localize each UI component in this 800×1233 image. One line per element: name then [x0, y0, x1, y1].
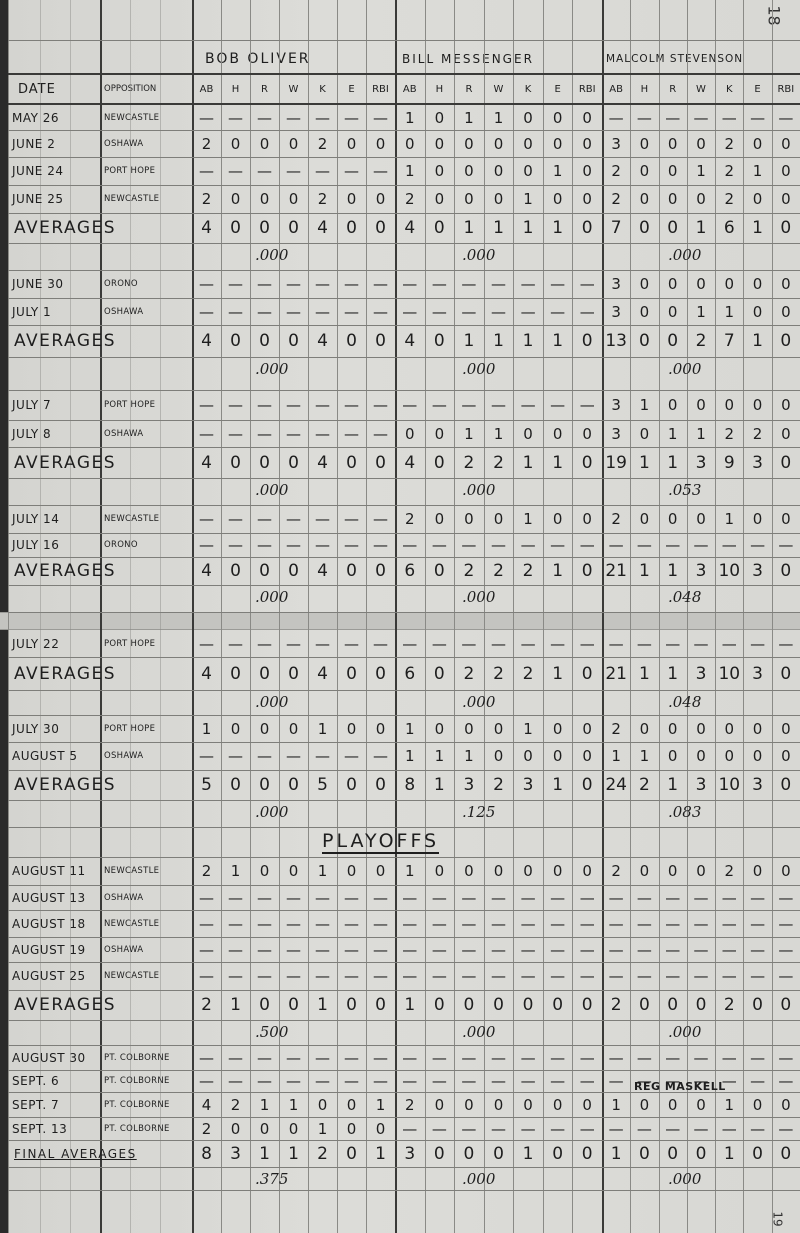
game-date: SEPT. 13 [12, 1117, 67, 1140]
stat-cell-w: 1 [279, 1140, 308, 1167]
stat-cell-ab: — [192, 157, 221, 185]
stat-cell-k: — [308, 630, 337, 657]
stat-cell-ab: 2 [192, 1117, 221, 1140]
stat-cell-w: 0 [484, 742, 514, 770]
stat-cell-rbi: — [366, 630, 395, 657]
stat-cell-w: 0 [687, 715, 715, 742]
stat-cell-k: — [715, 105, 743, 130]
stat-cell-rbi: — [366, 1045, 395, 1070]
stat-cell-h: — [630, 937, 658, 962]
stat-cell-r: — [454, 1117, 484, 1140]
stat-cell-h: 0 [630, 1140, 658, 1167]
stat-cell-e: 0 [337, 715, 366, 742]
stat-cell-w: — [279, 962, 308, 990]
stat-cell-w: — [279, 910, 308, 937]
stat-cell-ab: 2 [602, 505, 630, 533]
stat-cell-ab: — [192, 533, 221, 557]
stat-cell-k: 0 [513, 420, 543, 447]
stat-cell-ab: 4 [192, 213, 221, 243]
stat-cell-h: — [630, 105, 658, 130]
stat-cell-e: 0 [337, 557, 366, 585]
game-opposition: PORT HOPE [104, 715, 155, 742]
batting-average: .000 [462, 693, 495, 711]
stat-cell-k: 3 [513, 770, 543, 800]
stat-cell-w: 0 [687, 390, 715, 420]
stat-cell-e: 0 [543, 130, 573, 157]
stat-cell-k: 10 [715, 657, 743, 690]
stat-cell-ab: 1 [395, 857, 425, 885]
stat-cell-w: 0 [279, 857, 308, 885]
game-date: AUGUST 5 [12, 742, 77, 770]
stat-cell-ab: 2 [395, 1092, 425, 1117]
stat-cell-r: 0 [250, 447, 279, 478]
stat-cell-r: 0 [659, 325, 687, 357]
stat-cell-ab: — [192, 885, 221, 910]
stat-cell-k: 0 [308, 1092, 337, 1117]
stat-cell-h: 0 [425, 325, 455, 357]
stat-cell-r: 0 [659, 185, 687, 213]
stat-cell-rbi: — [772, 910, 800, 937]
stat-cell-h: — [630, 1117, 658, 1140]
stat-cell-rbi: 0 [772, 990, 800, 1020]
stat-cell-rbi: 0 [366, 447, 395, 478]
stat-cell-rbi: — [772, 105, 800, 130]
stat-cell-rbi: 0 [572, 657, 602, 690]
stat-cell-e: — [337, 105, 366, 130]
stat-cell-ab: 0 [395, 130, 425, 157]
stat-cell-w: 1 [687, 213, 715, 243]
game-opposition: PT. COLBORNE [104, 1045, 170, 1070]
stat-cell-e: 0 [543, 1092, 573, 1117]
game-opposition: ORONO [104, 533, 138, 557]
stat-cell-rbi: — [572, 885, 602, 910]
stat-cell-h: — [221, 533, 250, 557]
stat-cell-rbi: — [572, 533, 602, 557]
stat-cell-w: 0 [687, 270, 715, 298]
stat-cell-r: 0 [250, 990, 279, 1020]
batting-average: .125 [462, 803, 495, 821]
game-date: AUGUST 19 [12, 937, 86, 962]
stat-cell-k: — [715, 885, 743, 910]
stat-cell-h: — [425, 630, 455, 657]
grid-horizontal-line [8, 800, 800, 801]
stat-cell-e: 0 [337, 1117, 366, 1140]
stat-cell-e: 0 [337, 213, 366, 243]
stat-cell-e: — [543, 1117, 573, 1140]
stat-cell-r: 0 [659, 213, 687, 243]
stat-cell-r: — [659, 962, 687, 990]
batting-average: .000 [668, 246, 701, 264]
stat-cell-rbi: — [366, 742, 395, 770]
stat-cell-k: — [513, 962, 543, 990]
stat-cell-ab: — [192, 505, 221, 533]
stat-cell-h: 0 [630, 715, 658, 742]
stat-cell-r: 0 [659, 390, 687, 420]
game-opposition: NEWCASTLE [104, 910, 159, 937]
column-header-ab: AB [602, 76, 630, 102]
stat-cell-ab: 4 [395, 325, 425, 357]
stat-cell-k: 1 [513, 505, 543, 533]
stat-cell-w: — [687, 910, 715, 937]
stat-cell-ab: — [602, 910, 630, 937]
stat-cell-h: — [221, 105, 250, 130]
stat-cell-ab: 1 [395, 990, 425, 1020]
stat-cell-h: — [425, 1070, 455, 1092]
batting-average: .000 [255, 693, 288, 711]
stat-cell-e: 0 [337, 1140, 366, 1167]
stat-cell-e: — [743, 630, 771, 657]
column-header-h: H [630, 76, 658, 102]
stat-cell-ab: 2 [192, 857, 221, 885]
stat-cell-h: 0 [425, 213, 455, 243]
stat-cell-e: 0 [743, 1140, 771, 1167]
game-opposition: OSHAWA [104, 130, 143, 157]
stat-cell-e: — [337, 630, 366, 657]
game-date: JULY 30 [12, 715, 59, 742]
stat-cell-ab: 1 [395, 742, 425, 770]
stat-cell-h: 0 [630, 990, 658, 1020]
stat-cell-r: — [250, 505, 279, 533]
stat-cell-w: 0 [484, 505, 514, 533]
stat-cell-h: 0 [425, 420, 455, 447]
game-opposition: PT. COLBORNE [104, 1070, 170, 1092]
stat-cell-r: — [659, 1117, 687, 1140]
stat-cell-w: — [279, 1070, 308, 1092]
stat-cell-ab: — [395, 533, 425, 557]
batting-average: .083 [668, 803, 701, 821]
stat-cell-ab: 7 [602, 213, 630, 243]
batting-average: .000 [668, 1023, 701, 1041]
stat-cell-h: 0 [221, 715, 250, 742]
stat-cell-w: 1 [687, 420, 715, 447]
stat-cell-k: 0 [513, 990, 543, 1020]
stat-cell-h: 0 [630, 325, 658, 357]
stat-cell-r: — [250, 937, 279, 962]
stat-cell-w: 2 [484, 557, 514, 585]
stat-cell-ab: — [192, 390, 221, 420]
stat-cell-k: 9 [715, 447, 743, 478]
stat-cell-h: 0 [630, 185, 658, 213]
stat-cell-k: — [308, 533, 337, 557]
stat-cell-k: 1 [513, 1140, 543, 1167]
stat-cell-ab: 2 [602, 857, 630, 885]
stat-cell-w: — [687, 962, 715, 990]
batting-average: .000 [462, 246, 495, 264]
stat-cell-r: 1 [659, 657, 687, 690]
stat-cell-rbi: 0 [366, 990, 395, 1020]
grid-horizontal-line [8, 690, 800, 691]
stat-cell-w: 0 [484, 185, 514, 213]
stat-cell-w: 3 [687, 657, 715, 690]
stat-cell-r: — [250, 1045, 279, 1070]
stat-cell-rbi: — [366, 157, 395, 185]
stat-cell-r: 0 [250, 130, 279, 157]
stat-cell-r: — [250, 390, 279, 420]
stat-cell-ab: — [192, 937, 221, 962]
stat-cell-w: — [279, 298, 308, 325]
stat-cell-h: — [221, 420, 250, 447]
stat-cell-r: 0 [454, 715, 484, 742]
stat-cell-k: 1 [715, 1092, 743, 1117]
stat-cell-w: — [279, 270, 308, 298]
stat-cell-h: 0 [221, 447, 250, 478]
stat-cell-k: 0 [513, 857, 543, 885]
stat-cell-rbi: 0 [772, 390, 800, 420]
stat-cell-k: 0 [715, 715, 743, 742]
stat-cell-e: 0 [337, 1092, 366, 1117]
stat-cell-rbi: 0 [772, 770, 800, 800]
stat-cell-k: 2 [715, 157, 743, 185]
stat-cell-rbi: — [572, 270, 602, 298]
stat-cell-rbi: — [366, 298, 395, 325]
stat-cell-e: — [543, 1070, 573, 1092]
stat-cell-h: 0 [221, 213, 250, 243]
stat-cell-ab: 4 [395, 447, 425, 478]
game-date: JULY 14 [12, 505, 59, 533]
stat-cell-w: — [687, 533, 715, 557]
stat-cell-k: — [513, 910, 543, 937]
stat-cell-r: 0 [659, 270, 687, 298]
stat-cell-k: — [513, 533, 543, 557]
game-date: MAY 26 [12, 105, 59, 130]
stat-cell-k: — [715, 1045, 743, 1070]
grid-horizontal-line [8, 357, 800, 358]
stat-cell-e: 1 [543, 657, 573, 690]
stat-cell-r: 0 [454, 185, 484, 213]
grid-horizontal-line [8, 40, 800, 41]
column-header-k: K [513, 76, 543, 102]
stat-cell-w: 0 [484, 157, 514, 185]
stat-cell-ab: 4 [395, 213, 425, 243]
stat-cell-e: — [337, 298, 366, 325]
stat-cell-ab: — [602, 937, 630, 962]
stat-cell-rbi: — [572, 1045, 602, 1070]
stat-cell-h: — [221, 885, 250, 910]
averages-label: AVERAGES [14, 557, 116, 585]
stat-cell-w: 2 [484, 447, 514, 478]
stat-cell-r: — [250, 298, 279, 325]
stat-cell-h: 0 [630, 213, 658, 243]
stat-cell-ab: — [602, 962, 630, 990]
stat-cell-e: 1 [543, 325, 573, 357]
game-date: AUGUST 13 [12, 885, 86, 910]
stat-cell-h: 1 [630, 742, 658, 770]
stat-cell-rbi: 0 [366, 185, 395, 213]
stat-cell-r: — [454, 1045, 484, 1070]
stat-cell-r: — [659, 533, 687, 557]
stat-cell-h: — [221, 937, 250, 962]
stat-cell-r: 0 [250, 770, 279, 800]
stat-cell-h: — [221, 742, 250, 770]
stat-cell-r: — [250, 105, 279, 130]
stat-cell-k: 0 [513, 130, 543, 157]
stat-cell-ab: 1 [602, 1092, 630, 1117]
stat-cell-r: 1 [250, 1092, 279, 1117]
stat-cell-e: 3 [743, 447, 771, 478]
stat-cell-r: — [250, 420, 279, 447]
stat-cell-e: 0 [543, 185, 573, 213]
stat-cell-h: 1 [630, 447, 658, 478]
stat-cell-ab: — [395, 962, 425, 990]
game-opposition: OSHAWA [104, 885, 143, 910]
stat-cell-e: 0 [743, 185, 771, 213]
stat-cell-k: — [513, 1045, 543, 1070]
stat-cell-h: 1 [630, 557, 658, 585]
stat-cell-r: 0 [454, 1092, 484, 1117]
stat-cell-w: 0 [279, 770, 308, 800]
batting-average: .000 [462, 588, 495, 606]
stat-cell-w: 1 [484, 105, 514, 130]
stat-cell-h: 1 [221, 857, 250, 885]
stat-cell-r: 1 [454, 325, 484, 357]
stat-cell-h: — [221, 505, 250, 533]
stat-cell-h: 1 [630, 657, 658, 690]
batting-average: .048 [668, 588, 701, 606]
stat-cell-w: — [484, 910, 514, 937]
averages-label: AVERAGES [14, 990, 116, 1020]
stat-cell-ab: — [192, 420, 221, 447]
stat-cell-ab: — [395, 1045, 425, 1070]
stat-cell-h: — [221, 270, 250, 298]
stat-cell-w: 2 [687, 325, 715, 357]
stat-cell-k: 2 [308, 185, 337, 213]
stat-cell-r: 0 [250, 185, 279, 213]
stat-cell-h: — [630, 533, 658, 557]
game-date: JULY 8 [12, 420, 51, 447]
stat-cell-e: — [337, 910, 366, 937]
stat-cell-e: — [543, 298, 573, 325]
stat-cell-h: — [630, 630, 658, 657]
stat-cell-w: — [484, 270, 514, 298]
averages-label: FINAL AVERAGES [14, 1140, 137, 1167]
game-opposition: PORT HOPE [104, 157, 155, 185]
stat-cell-rbi: — [366, 937, 395, 962]
column-header-w: W [484, 76, 514, 102]
stat-cell-rbi: — [366, 270, 395, 298]
stat-cell-k: — [513, 390, 543, 420]
stat-cell-w: 0 [687, 130, 715, 157]
game-opposition: NEWCASTLE [104, 185, 159, 213]
stat-cell-k: 2 [715, 130, 743, 157]
stat-cell-h: 0 [630, 270, 658, 298]
stat-cell-rbi: — [366, 505, 395, 533]
stat-cell-rbi: — [772, 962, 800, 990]
column-header-w: W [279, 76, 308, 102]
stat-cell-rbi: 0 [572, 447, 602, 478]
stat-cell-r: 1 [659, 557, 687, 585]
stat-cell-ab: — [395, 1070, 425, 1092]
game-opposition: NEWCASTLE [104, 962, 159, 990]
stat-cell-k: 2 [715, 990, 743, 1020]
stat-cell-w: 0 [279, 213, 308, 243]
stat-cell-k: 0 [513, 742, 543, 770]
game-opposition: NEWCASTLE [104, 857, 159, 885]
stat-cell-h: 0 [425, 715, 455, 742]
stat-cell-ab: 2 [602, 157, 630, 185]
game-date: AUGUST 25 [12, 962, 86, 990]
stat-cell-e: 0 [337, 657, 366, 690]
stat-cell-rbi: 0 [572, 185, 602, 213]
stat-cell-r: 1 [659, 447, 687, 478]
stat-cell-k: — [308, 298, 337, 325]
stat-cell-rbi: — [572, 910, 602, 937]
stat-cell-rbi: 0 [366, 213, 395, 243]
stat-cell-r: 1 [454, 105, 484, 130]
stat-cell-e: — [743, 937, 771, 962]
stat-cell-e: 0 [743, 857, 771, 885]
stat-cell-k: — [308, 937, 337, 962]
stat-cell-rbi: 0 [366, 130, 395, 157]
stat-cell-k: 1 [308, 990, 337, 1020]
stat-cell-k: 1 [513, 325, 543, 357]
game-date: AUGUST 11 [12, 857, 86, 885]
stat-cell-h: — [425, 298, 455, 325]
stat-cell-rbi: — [572, 1070, 602, 1092]
column-header-r: R [250, 76, 279, 102]
stat-cell-ab: 21 [602, 557, 630, 585]
stat-cell-r: 0 [250, 557, 279, 585]
stat-cell-rbi: 0 [572, 157, 602, 185]
grid-horizontal-line [8, 243, 800, 244]
stat-cell-k: 0 [715, 270, 743, 298]
stat-cell-rbi: 0 [772, 270, 800, 298]
stat-cell-h: 0 [630, 1092, 658, 1117]
stat-cell-h: 1 [630, 390, 658, 420]
column-header-rbi: RBI [772, 76, 800, 102]
stat-cell-ab: 19 [602, 447, 630, 478]
stat-cell-h: — [630, 885, 658, 910]
stat-cell-rbi: 1 [366, 1140, 395, 1167]
stat-cell-w: — [279, 390, 308, 420]
stat-cell-w: — [484, 962, 514, 990]
stat-cell-ab: 6 [395, 557, 425, 585]
stat-cell-rbi: 0 [772, 325, 800, 357]
stat-cell-e: 1 [543, 213, 573, 243]
stat-cell-e: 0 [543, 105, 573, 130]
stat-cell-h: 0 [221, 185, 250, 213]
player-name-malcolm-stevenson: MALCOLM STEVENSON [606, 46, 743, 72]
stat-cell-ab: 3 [602, 130, 630, 157]
stat-cell-r: — [250, 157, 279, 185]
stat-cell-r: 3 [454, 770, 484, 800]
stat-cell-r: 1 [454, 213, 484, 243]
stat-cell-e: — [337, 1045, 366, 1070]
stat-cell-w: — [279, 885, 308, 910]
stat-cell-e: — [337, 742, 366, 770]
stat-cell-k: — [308, 505, 337, 533]
stat-cell-e: 0 [743, 742, 771, 770]
stat-cell-k: — [513, 885, 543, 910]
stat-cell-rbi: — [366, 962, 395, 990]
stat-cell-ab: 3 [395, 1140, 425, 1167]
batting-average: .000 [462, 1170, 495, 1188]
stat-cell-r: 0 [250, 657, 279, 690]
column-header-h: H [221, 76, 250, 102]
stat-cell-h: 0 [425, 657, 455, 690]
stat-cell-w: — [279, 533, 308, 557]
stat-cell-e: 0 [543, 715, 573, 742]
stat-cell-r: 0 [454, 130, 484, 157]
stat-cell-r: — [454, 937, 484, 962]
stat-cell-rbi: 0 [572, 770, 602, 800]
stat-cell-r: 2 [454, 557, 484, 585]
stat-cell-k: 2 [715, 185, 743, 213]
stat-cell-ab: 13 [602, 325, 630, 357]
stat-cell-ab: — [602, 1117, 630, 1140]
stat-cell-r: 2 [454, 447, 484, 478]
column-header-rbi: RBI [366, 76, 395, 102]
stat-cell-rbi: — [772, 630, 800, 657]
